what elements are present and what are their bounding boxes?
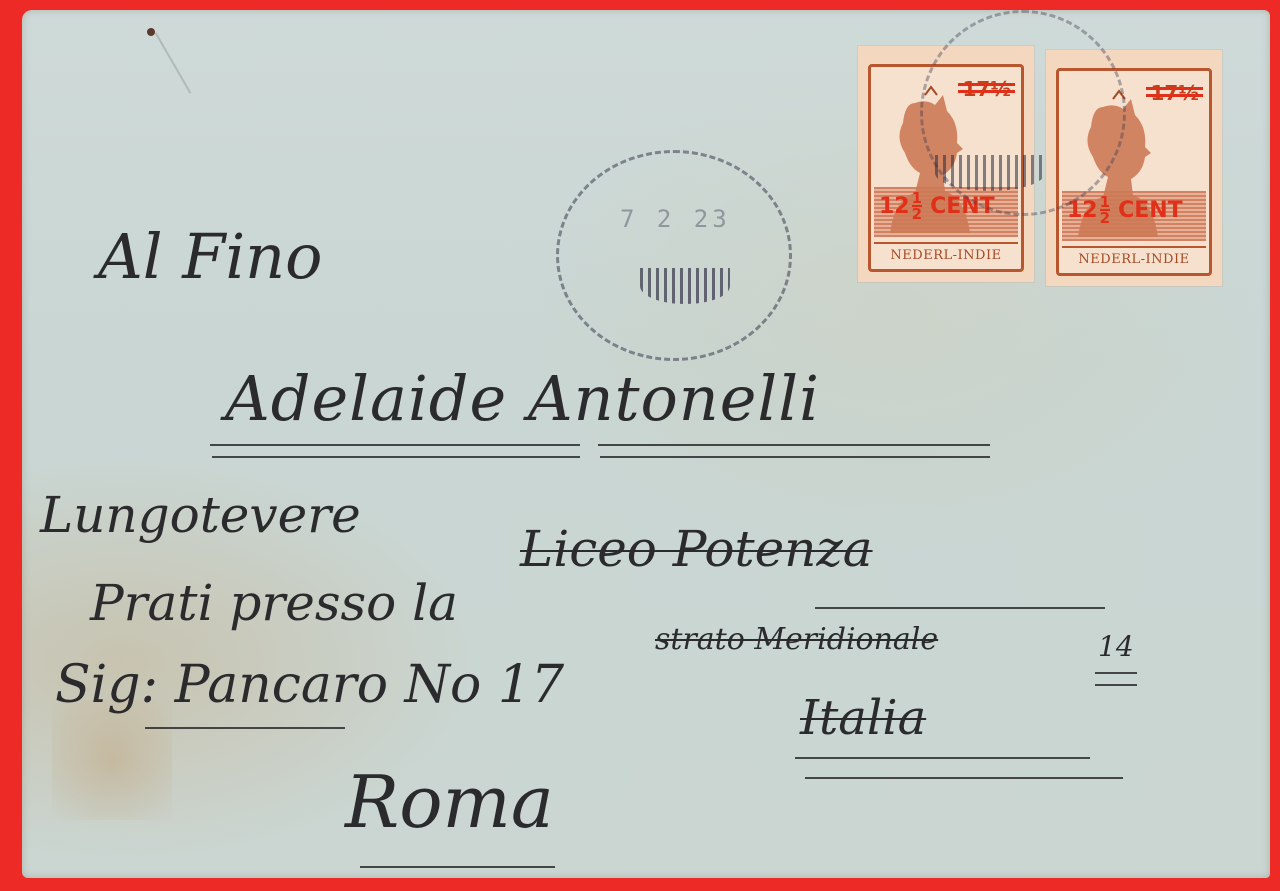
salutation: Al Fino	[98, 220, 322, 293]
rule-line	[1095, 684, 1137, 686]
surcharge-overprint: 12 1 2 CENT	[1067, 195, 1183, 225]
address-line-3: Sig: Pancaro No 17	[55, 655, 564, 715]
underline	[360, 866, 555, 868]
address-line-2-struck: strato Meridionale	[655, 622, 938, 657]
underline	[212, 456, 580, 458]
underline	[598, 444, 990, 446]
rule-line	[1095, 672, 1137, 674]
paper-crease	[155, 32, 192, 94]
recipient-name: Adelaide Antonelli	[225, 362, 820, 435]
underline	[145, 727, 345, 729]
water-stain	[52, 700, 172, 820]
rule-line	[795, 757, 1090, 759]
underline	[210, 444, 580, 446]
stamp-country-label: NEDERL-INDIE	[874, 242, 1018, 266]
paper-tear	[147, 28, 155, 36]
postmark-bars	[640, 268, 730, 304]
original-value: 17½	[1150, 81, 1199, 105]
address-line-2: Prati presso la	[90, 574, 458, 632]
rule-line	[805, 777, 1123, 779]
underline	[600, 456, 990, 458]
postmark-bars	[935, 155, 1045, 191]
address-line-1-struck: Liceo Potenza	[520, 520, 873, 578]
stamp-country-label: NEDERL-INDIE	[1062, 246, 1206, 270]
address-line-1: Lungotevere	[40, 486, 361, 544]
city: Roma	[345, 760, 554, 844]
address-note: 14	[1098, 630, 1134, 663]
postmark-circle	[556, 150, 792, 361]
postmark-date: 7 2 23	[620, 205, 731, 233]
address-line-3-struck: Italia	[800, 690, 926, 746]
rule-line	[815, 607, 1105, 609]
